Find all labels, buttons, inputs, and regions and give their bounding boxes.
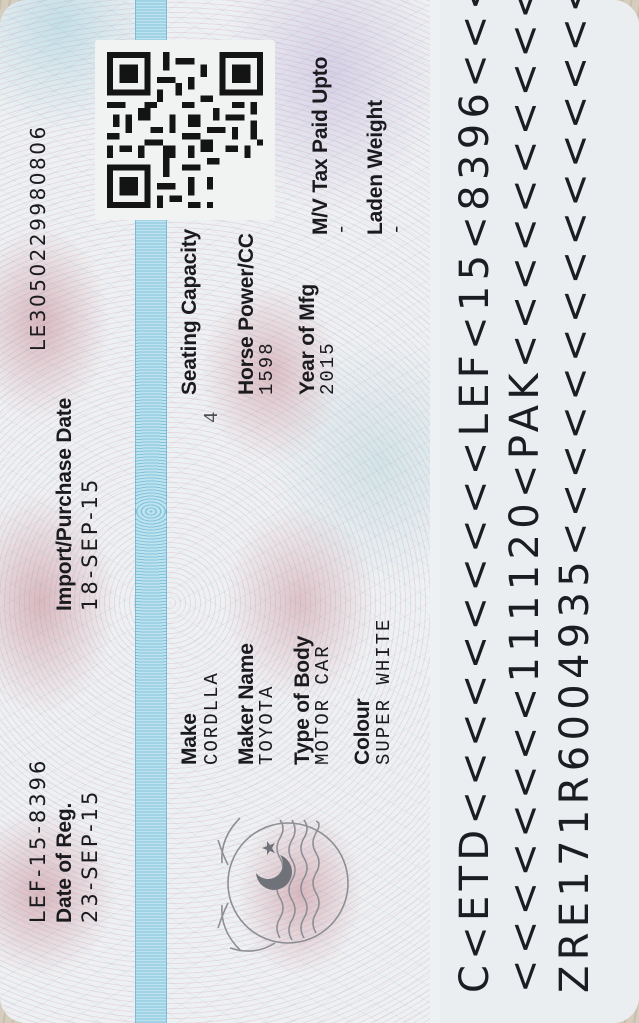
qr-code [95,40,275,220]
seating-capacity-value: 4 [201,410,223,423]
qr-code-icon [107,52,263,208]
date-of-reg-value: 23-SEP-15 [78,789,102,923]
maker-name-value: TOYOTA [256,685,278,765]
laden-weight-label: Laden Weight [364,100,388,235]
tax-paid-upto-label: M/V Tax Paid Upto [309,57,333,235]
crescent-star-emblem-icon [210,798,355,968]
make-value: CORDLLA [201,671,223,765]
emblem [210,798,355,968]
import-purchase-date-label: Import/Purchase Date [53,398,77,611]
horse-power-value: 1598 [256,341,278,395]
mrz-line-1: C<ETD<<<<<<<<<<LEF<15<8396<<<< [452,0,498,993]
tax-paid-upto-value: - [331,222,353,235]
colour-label: Colour [351,699,375,765]
year-of-mfg-value: 2015 [317,341,339,395]
type-of-body-value: MOTOR CAR [312,644,334,765]
make-label: Make [178,713,202,765]
card-serial-number: LE3050229980806 [26,124,50,351]
date-of-reg-label: Date of Reg. [53,803,77,923]
colour-value: SUPER WHITE [373,618,395,765]
mrz-line-2: <<<<<<<<111120<PAK<<<<<<<<<<<< [502,0,548,993]
vehicle-registration-card: LEF-15-8396 Date of Reg. 23-SEP-15 Impor… [0,0,639,1023]
registration-number: LEF-15-8396 [26,758,50,923]
mrz-line-3: ZRE171R6004935<<<<<<<<<<<<<<<< [552,0,598,993]
import-purchase-date-value: 18-SEP-15 [78,477,102,611]
laden-weight-value: - [386,222,408,235]
seating-capacity-label: Seating Capacity [178,229,202,395]
